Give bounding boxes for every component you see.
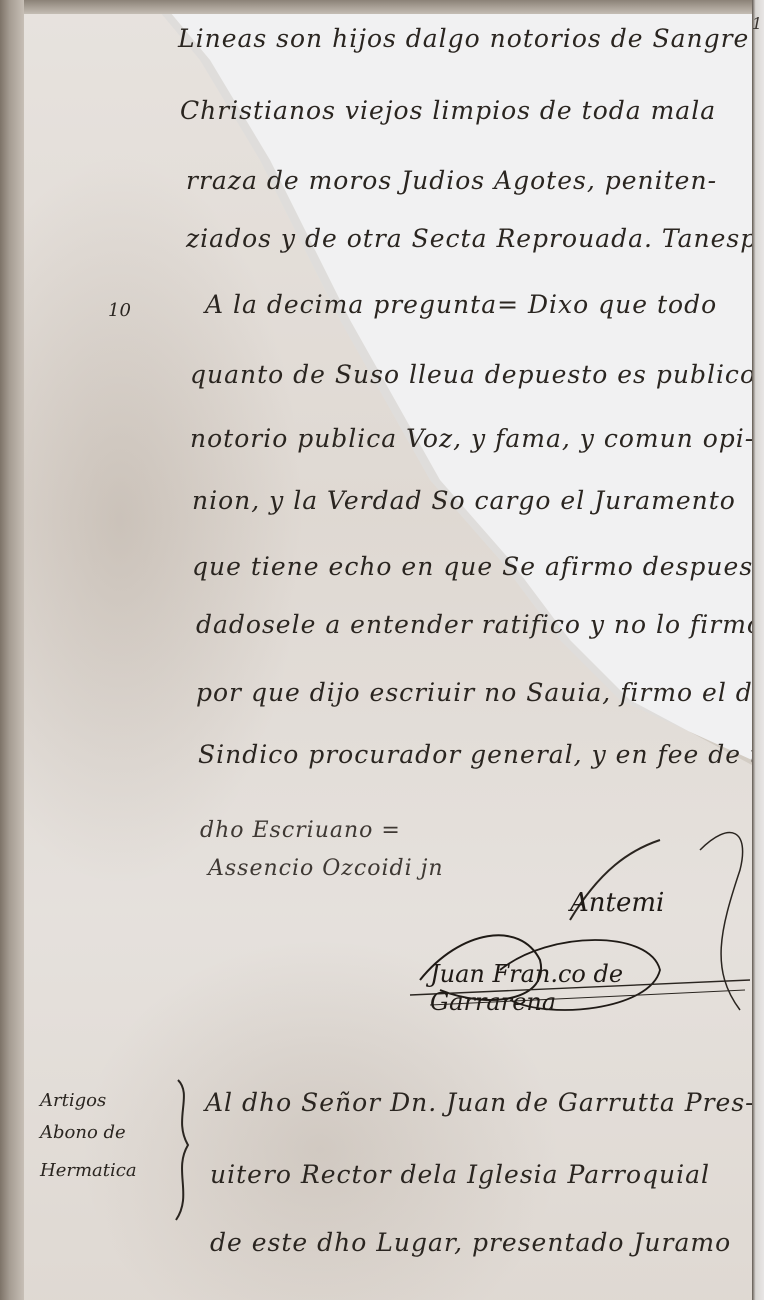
- margin-question-number: 10: [108, 300, 131, 321]
- right-page-edge: [752, 0, 764, 1300]
- text-line-5: A la decima pregunta= Dixo que todo: [205, 290, 717, 319]
- text-line-8: nion, y la Verdad So cargo el Juramento: [192, 486, 736, 515]
- text-line-12: Sindico procurador general, y en fee de …: [198, 740, 752, 769]
- text-line-4: ziados y de otra Secta Reprouada. Tanesp…: [186, 224, 752, 253]
- bottom-line-2: uitero Rector dela Iglesia Parroquial: [210, 1160, 710, 1189]
- margin-note-line-2: Abono de: [40, 1122, 126, 1143]
- ante-mi-signature: Antemi: [570, 888, 664, 918]
- page-corner-mark: 1: [752, 14, 762, 33]
- text-line-1: Lineas son hijos dalgo notorios de Sangr…: [178, 24, 749, 53]
- text-line-3: rraza de moros Judios Agotes, peniten-: [186, 166, 717, 195]
- text-line-6: quanto de Suso lleua depuesto es publico…: [190, 360, 752, 389]
- brace-icon: [168, 1075, 198, 1225]
- margin-note-line-1: Artigos: [40, 1090, 106, 1111]
- text-line-13: dho Escriuano =: [200, 818, 401, 843]
- bottom-line-3: de este dho Lugar, presentado Juramo: [210, 1228, 731, 1257]
- margin-note-line-3: Hermatica: [40, 1160, 137, 1181]
- manuscript-page: Lineas son hijos dalgo notorios de Sangr…: [0, 0, 752, 1300]
- text-line-11: por que dijo escriuir no Sauia, firmo el…: [196, 678, 752, 707]
- text-line-10: dadosele a entender ratifico y no lo fir…: [196, 610, 752, 639]
- top-page-edge: [0, 0, 752, 14]
- bottom-line-1: Al dho Señor Dn. Juan de Garrutta Pres-: [205, 1088, 752, 1117]
- text-line-7: notorio publica Voz, y fama, y comun opi…: [190, 424, 752, 453]
- notary-signature: Juan Fran.co de Garrarena: [430, 960, 752, 1016]
- binding-edge: [0, 0, 24, 1300]
- text-line-2: Christianos viejos limpios de toda mala: [180, 96, 716, 125]
- text-line-9: que tiene echo en que Se afirmo despues …: [192, 552, 752, 581]
